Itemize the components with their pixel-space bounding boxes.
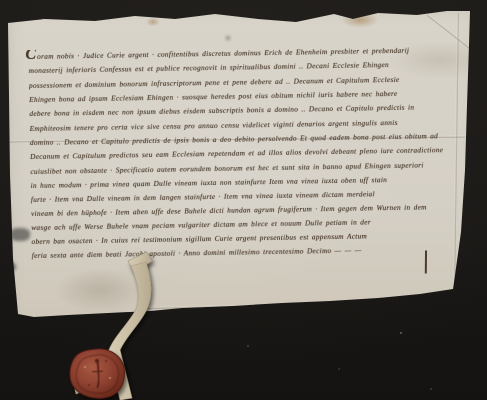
seal-and-tag-layer <box>0 0 487 400</box>
wax-seal <box>70 349 125 398</box>
photo-stage: Coram nobis · Judice Curie argent · conf… <box>0 0 487 400</box>
